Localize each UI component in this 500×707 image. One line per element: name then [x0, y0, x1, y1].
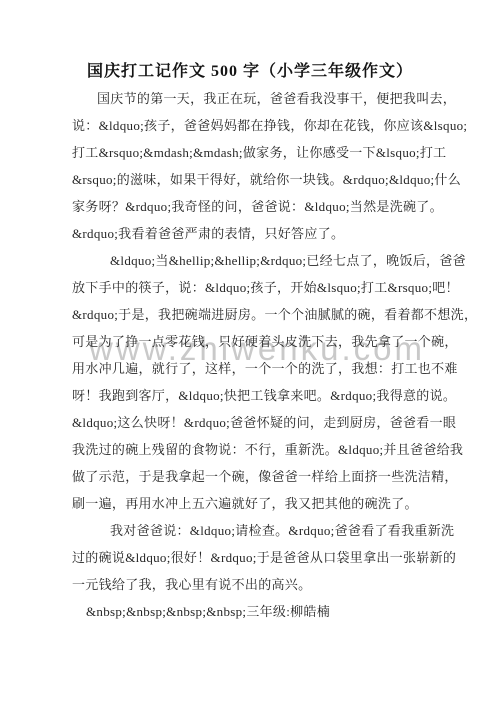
essay-title: 国庆打工记作文 500 字（小学三年级作文）: [0, 58, 500, 81]
essay-line: 一元钱给了我，我心里有说不出的高兴。: [72, 571, 460, 598]
essay-line: &ldquo;这么快呀！&rdquo;爸爸怀疑的问，走到厨房，爸爸看一眼: [72, 409, 460, 436]
essay-line: 我对爸爸说：&ldquo;请检查。&rdquo;爸爸看了看我重新洗: [72, 517, 460, 544]
essay-line: 家务呀？&rdquo;我奇怪的问，爸爸说：&ldquo;当然是洗碗了。: [72, 193, 460, 220]
essay-line: 打工&rsquo;&mdash;&mdash;做家务，让你感受一下&lsquo;…: [72, 139, 460, 166]
essay-line: 用水冲几遍，就行了，这样，一个一个的洗了，我想：打工也不难: [72, 355, 460, 382]
essay-line: 过的碗说&ldquo;很好！&rdquo;于是爸爸从口袋里拿出一张崭新的: [72, 544, 460, 571]
essay-line: 我洗过的碗上残留的食物说：不行，重新洗。&ldquo;并且爸爸给我: [72, 436, 460, 463]
paragraph-3: 我对爸爸说：&ldquo;请检查。&rdquo;爸爸看了看我重新洗 过的碗说&l…: [72, 517, 460, 598]
essay-line: 可是为了挣一点零花钱，只好硬着头皮洗下去，我先拿了一个碗，: [72, 328, 460, 355]
essay-line: &rdquo;我看着爸爸严肃的表情，只好答应了。: [72, 220, 460, 247]
essay-line: 国庆节的第一天，我正在玩，爸爸看我没事干，便把我叫去，: [72, 85, 460, 112]
paragraph-1: 国庆节的第一天，我正在玩，爸爸看我没事干，便把我叫去， 说：&ldquo;孩子，…: [72, 85, 460, 247]
essay-line: 呀！我跑到客厅，&ldquo;快把工钱拿来吧。&rdquo;我得意的说。: [72, 382, 460, 409]
essay-line: 刷一遍，再用水冲上五六遍就好了，我又把其他的碗洗了。: [72, 490, 460, 517]
paragraph-2: &ldquo;当&hellip;&hellip;&rdquo;已经七点了，晚饭后…: [72, 247, 460, 517]
paragraph-signature: &nbsp;&nbsp;&nbsp;&nbsp;三年级:柳皓楠: [72, 598, 460, 625]
essay-line: 做了示范，于是我拿起一个碗，像爸爸一样给上面挤一些洗洁精，: [72, 463, 460, 490]
essay-line: 放下手中的筷子，说：&ldquo;孩子，开始&lsquo;打工&rsquo;吧！: [72, 274, 460, 301]
essay-line: &rdquo;于是，我把碗端进厨房。一个个油腻腻的碗，看着都不想洗，: [72, 301, 460, 328]
essay-line: &rsquo;的滋味，如果干得好，就给你一块钱。&rdquo;&ldquo;什么: [72, 166, 460, 193]
essay-line: &ldquo;当&hellip;&hellip;&rdquo;已经七点了，晚饭后…: [72, 247, 460, 274]
essay-line: 说：&ldquo;孩子，爸爸妈妈都在挣钱，你却在花钱，你应该&lsquo;: [72, 112, 460, 139]
essay-body: 国庆节的第一天，我正在玩，爸爸看我没事干，便把我叫去， 说：&ldquo;孩子，…: [72, 85, 460, 625]
document-page: www.zhiwenku.com 国庆打工记作文 500 字（小学三年级作文） …: [0, 0, 500, 707]
signature-line: &nbsp;&nbsp;&nbsp;&nbsp;三年级:柳皓楠: [72, 598, 460, 625]
